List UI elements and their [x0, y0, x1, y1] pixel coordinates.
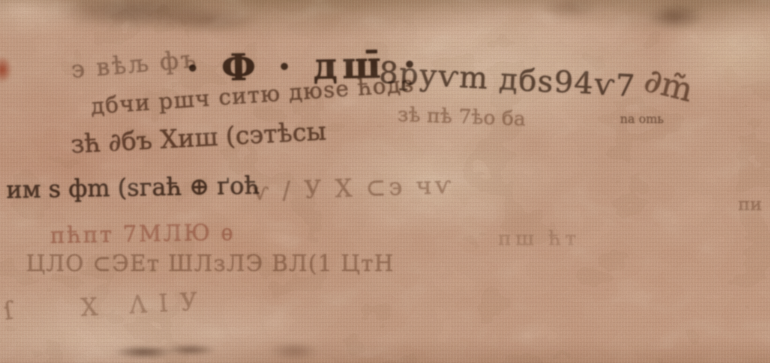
- inscription-ghost-marks-right: пш ћт: [498, 226, 580, 250]
- inscription-line-fifth-faded: пћпт 7МЛЮ ѳ: [50, 221, 235, 249]
- inscription-line-second-tail: зѣ пѣ 7ѣо ба: [397, 102, 526, 130]
- wall-inscription-photo: ϶ вѣљ фъ · Ф · дш̄ · 8руѵm дбѕ94ѵ7 ∂m̃ д…: [0, 0, 770, 363]
- inscription-line-sixth-faded: ЦЛО ⊂ЭЕт ШЛзЛЭ ВЛ(1 ЦтН: [26, 252, 394, 277]
- inscription-tiny-note: na omь: [620, 112, 664, 126]
- inscription-right-mid-marks: пи: [738, 194, 762, 215]
- inscription-line-fourth: им ѕ фm (ѕгаћ ⊕ ґоћ: [6, 172, 260, 204]
